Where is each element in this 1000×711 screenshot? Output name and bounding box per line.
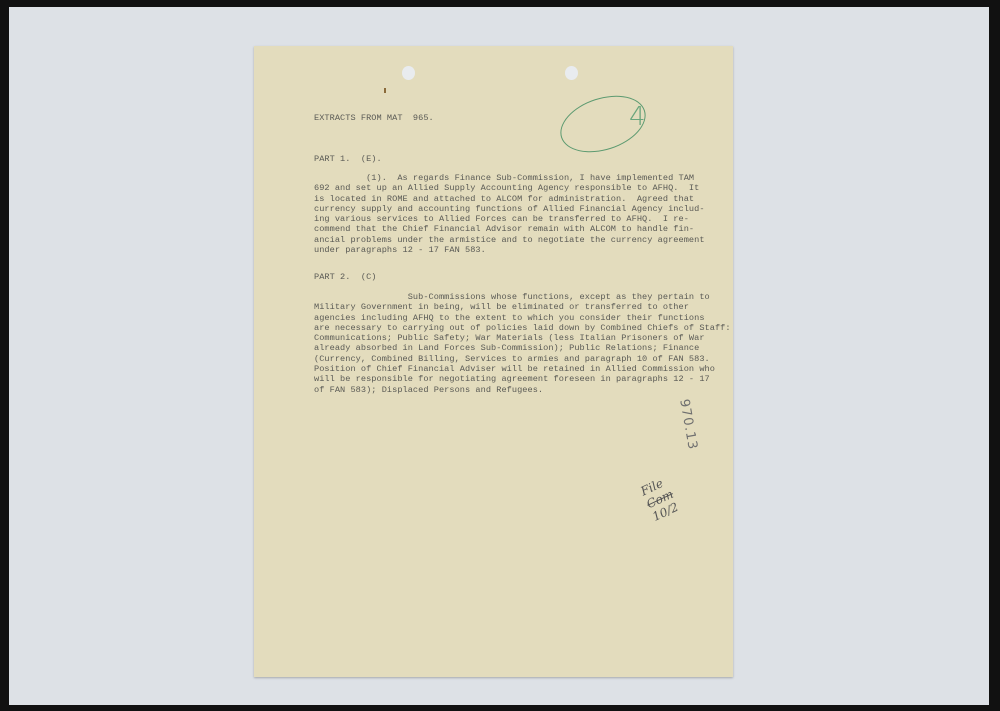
pencil-file-number: 970.13 xyxy=(676,398,700,451)
punch-hole-right xyxy=(565,66,578,80)
part1-paragraph: (1). As regards Finance Sub-Commission, … xyxy=(314,173,705,255)
part1-label: PART 1. (E). xyxy=(314,154,382,164)
part2-paragraph: Sub-Commissions whose functions, except … xyxy=(314,292,731,395)
circled-number: 4 xyxy=(629,102,646,132)
part2-label: PART 2. (C) xyxy=(314,272,377,282)
paper-stain xyxy=(384,88,386,93)
document-heading: EXTRACTS FROM MAT 965. xyxy=(314,113,434,123)
document-page: EXTRACTS FROM MAT 965. 4 PART 1. (E). (1… xyxy=(254,46,733,677)
handwritten-file-note: File Com 10/2 xyxy=(638,474,681,524)
punch-hole-left xyxy=(402,66,415,80)
